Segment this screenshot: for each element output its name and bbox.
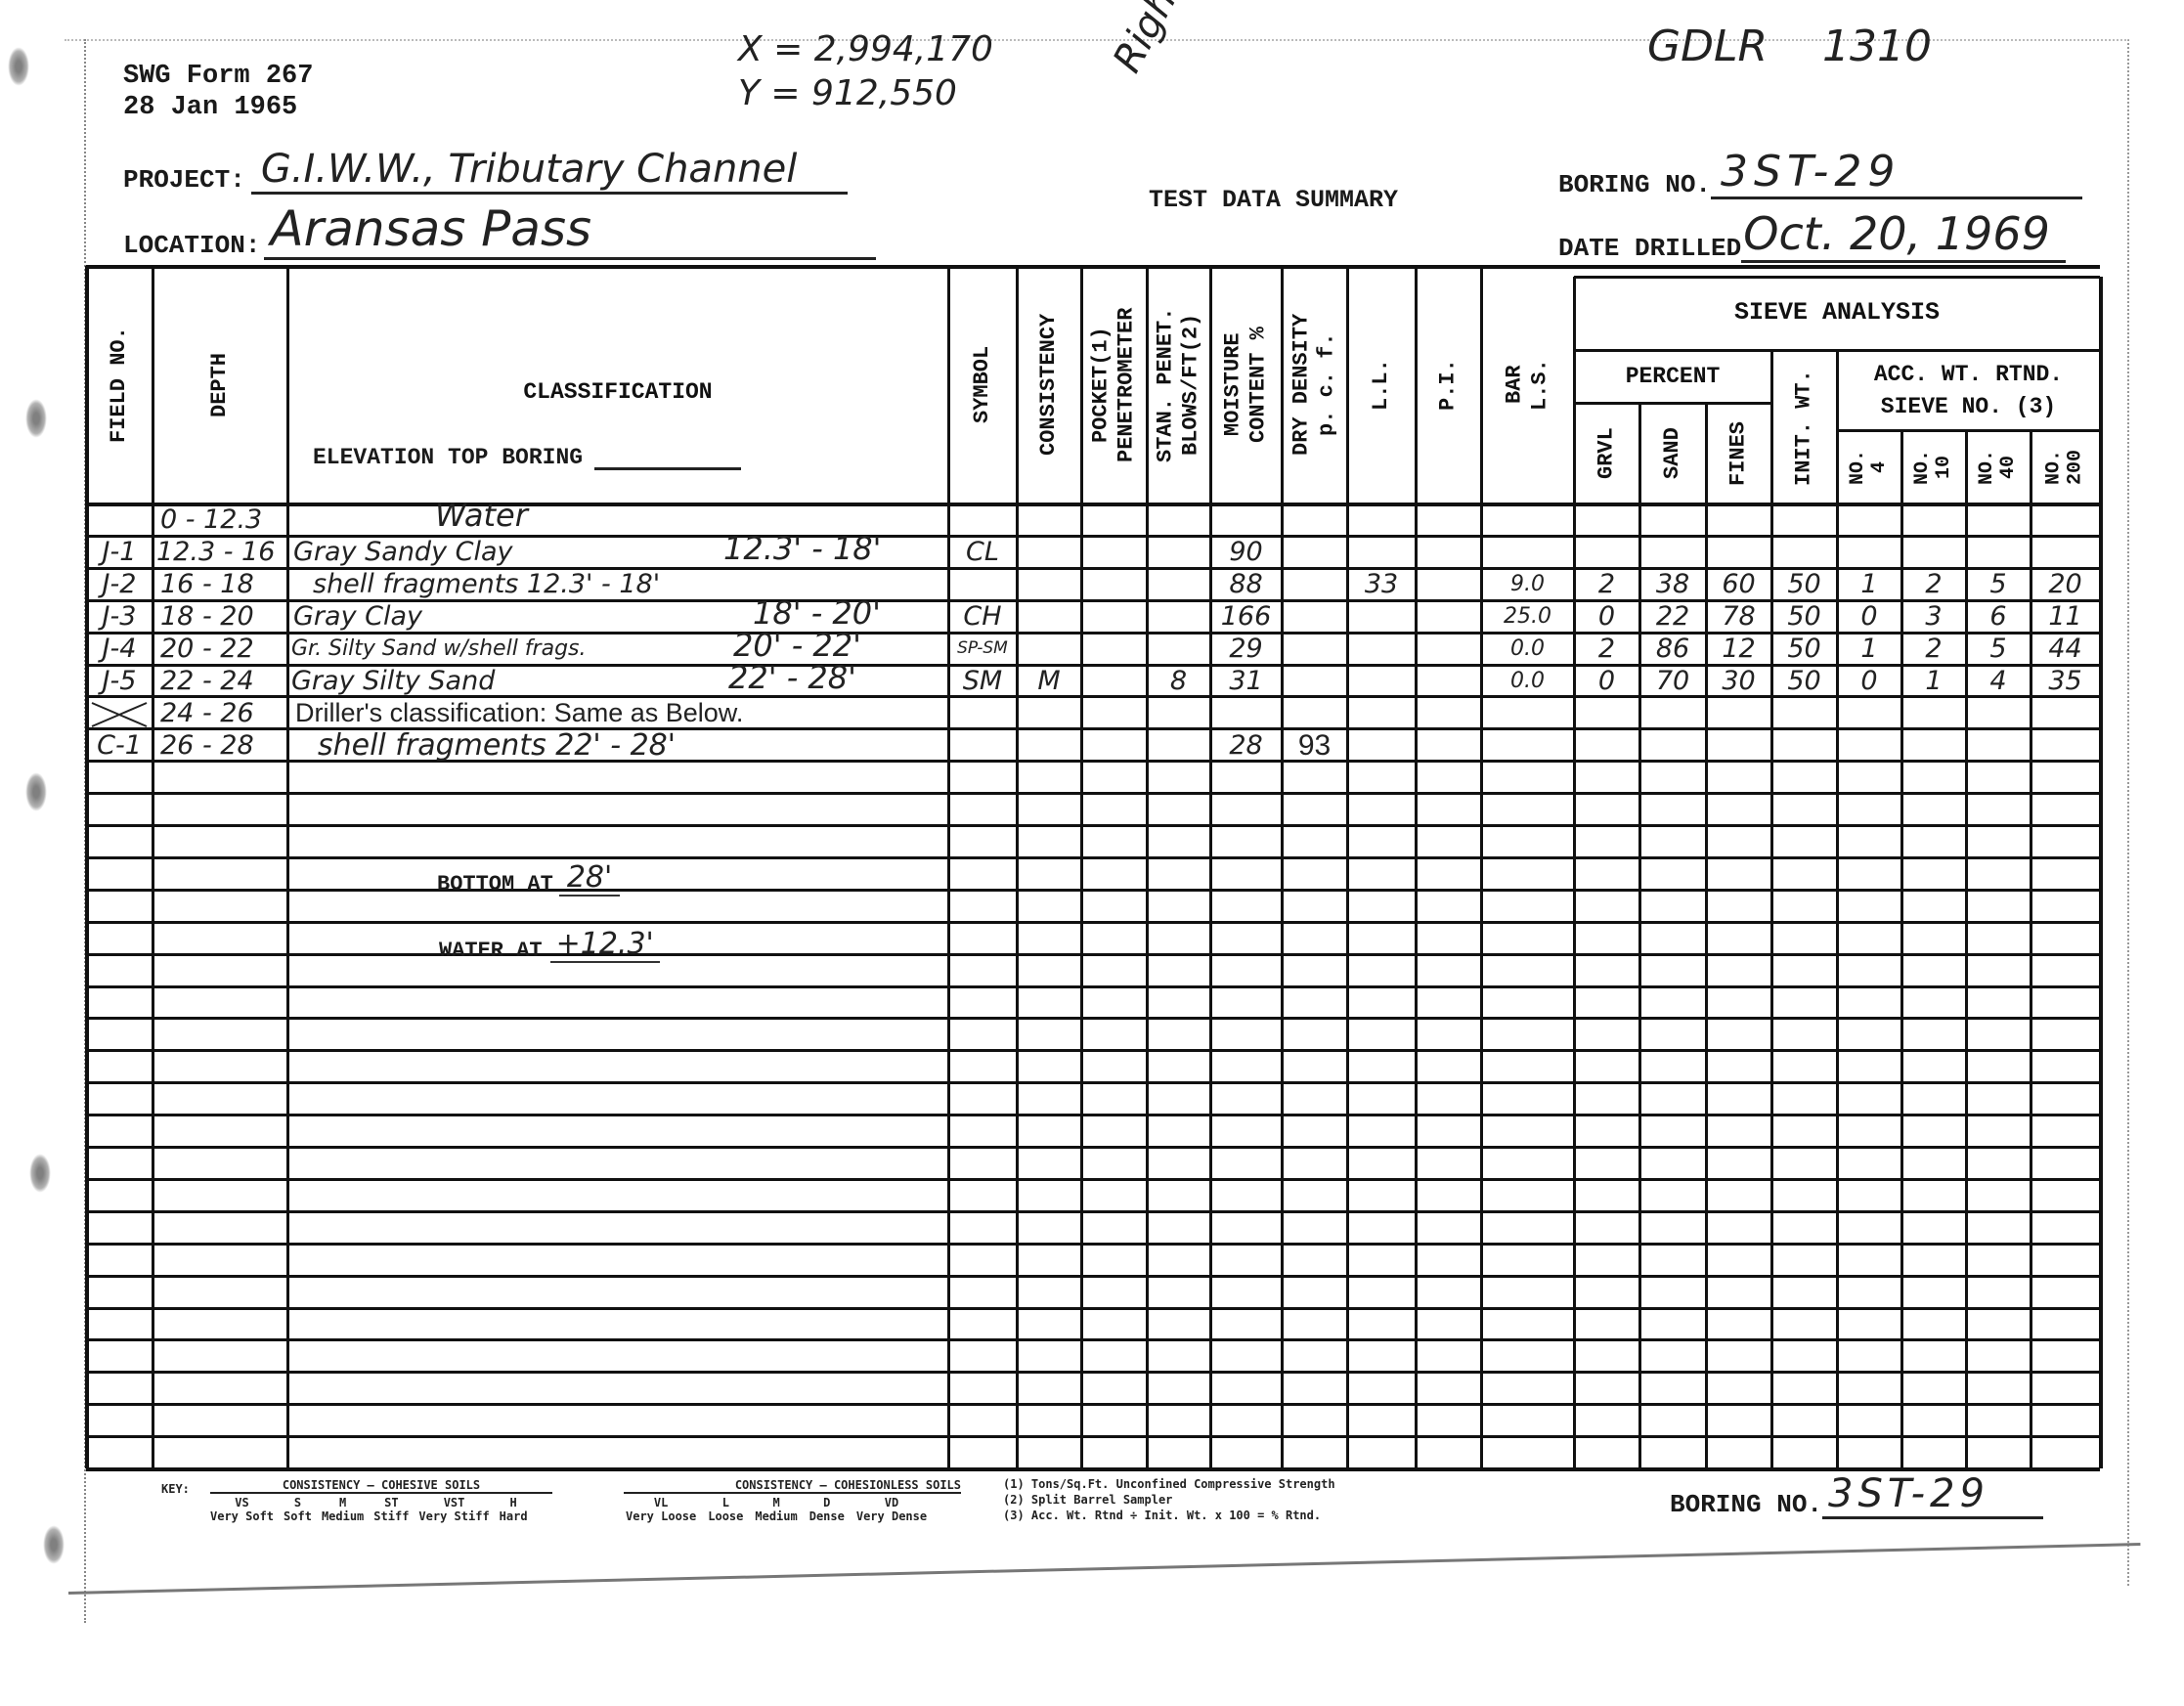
cell-stan-penet: 8 [1147, 665, 1210, 697]
cell-sand: 38 [1639, 568, 1706, 600]
cell-no-200: 44 [2031, 633, 2100, 665]
header-gravel: GRVL [1574, 403, 1639, 503]
cell-moisture: 28 [1210, 729, 1282, 762]
cell-field-no: J-2 [86, 568, 153, 600]
cell-field-no: J-1 [86, 536, 153, 568]
key-item: VLVery Loose [626, 1496, 696, 1523]
date-drilled-value: Oct. 20, 1969 [1741, 207, 2066, 263]
footer-boring-number: BORING NO. 3ST-29 [1670, 1471, 2043, 1519]
key-item: MMedium [322, 1496, 364, 1523]
key-item: VSTVery Stiff [418, 1496, 489, 1523]
cell-classification: Driller's classification: Same as Below. [295, 697, 743, 729]
cell-initial-weight: 50 [1771, 633, 1837, 665]
document-title: TEST DATA SUMMARY [1149, 186, 1398, 214]
key-cohesionless-title: CONSISTENCY — COHESIONLESS SOILS [624, 1478, 961, 1494]
grid-line [86, 824, 2100, 827]
grid-line [86, 856, 2100, 859]
header-pocket-penetrometer: POCKET(1) PENETROMETER [1081, 266, 1147, 503]
header-sand: SAND [1639, 403, 1706, 503]
key-note-1: (1) Tons/Sq.Ft. Unconfined Compressive S… [1003, 1476, 1335, 1492]
grid-line [86, 1307, 2100, 1310]
cell-moisture: 31 [1210, 665, 1282, 697]
cell-moisture: 166 [1210, 600, 1282, 633]
cell-no-10: 1 [1901, 665, 1966, 697]
key-cohesionless-list: VLVery Loose LLoose MMedium DDense VDVer… [626, 1496, 927, 1523]
cell-field-no: C-1 [86, 729, 153, 762]
water-at-line: WATER AT +12.3' [439, 927, 660, 963]
cell-initial-weight: 50 [1771, 600, 1837, 633]
binding-hole-mark [43, 1525, 65, 1564]
key-item: VDVery Dense [856, 1496, 927, 1523]
location-line: LOCATION: Aransas Pass [123, 200, 876, 260]
cell-no-4: 1 [1837, 633, 1901, 665]
water-at-value: +12.3' [550, 927, 660, 963]
boring-value: 3ST-29 [1711, 147, 2082, 199]
cell-no-40: 4 [1966, 665, 2031, 697]
cell-no-40: 5 [1966, 633, 2031, 665]
cell-depth-range: 12.3' - 18' [723, 533, 881, 565]
cell-no-40: 5 [1966, 568, 2031, 600]
cell-bar-ls: 0.0 [1481, 633, 1574, 665]
key-item: LLoose [708, 1496, 743, 1523]
cell-no-4: 0 [1837, 600, 1901, 633]
coordinate-x: X = 2,994,170 [738, 29, 993, 69]
header-plasticity-index: P.I. [1416, 266, 1481, 503]
cell-consistency: M [1017, 665, 1081, 697]
elevation-blank [594, 467, 741, 470]
header-percent: PERCENT [1574, 364, 1771, 389]
grid-line [86, 985, 2100, 988]
cell-depth: 12.3 - 16 [156, 536, 287, 568]
cell-moisture: 90 [1210, 536, 1282, 568]
header-consistency: CONSISTENCY [1017, 266, 1081, 503]
header-symbol: SYMBOL [948, 266, 1017, 503]
cell-field-no [86, 503, 153, 536]
header-moisture-content: MOISTURE CONTENT % [1210, 266, 1282, 503]
key-item: STStiff [373, 1496, 409, 1523]
cell-symbol: CH [948, 600, 1017, 633]
location-label: LOCATION: [123, 231, 260, 260]
cell-no-200: 11 [2031, 600, 2100, 633]
grid-line [86, 1435, 2100, 1438]
cell-depth: 24 - 26 [160, 697, 287, 729]
cell-fines: 30 [1706, 665, 1771, 697]
cell-depth: 22 - 24 [160, 665, 287, 697]
cell-sand: 70 [1639, 665, 1706, 697]
cell-no-10: 2 [1901, 633, 1966, 665]
grid-line [86, 1338, 2100, 1341]
grid-line [86, 1081, 2100, 1084]
header-no-4: NO. 4 [1837, 430, 1901, 503]
project-value: G.I.W.W., Tributary Channel [251, 147, 848, 195]
grid-line [86, 1275, 2100, 1278]
header-no-40: NO. 40 [1966, 430, 2031, 503]
cell-initial-weight: 50 [1771, 568, 1837, 600]
boring-label: BORING NO. [1558, 170, 1711, 199]
cell-classification: shell fragments 12.3' - 18' [313, 568, 660, 600]
form-date: 28 Jan 1965 [123, 92, 297, 123]
water-at-label: WATER AT [439, 939, 543, 963]
cell-gravel: 0 [1574, 665, 1639, 697]
header-no-10: NO. 10 [1901, 430, 1966, 503]
elevation-label: ELEVATION TOP BORING [313, 445, 583, 470]
cell-depth: 18 - 20 [160, 600, 287, 633]
grid-line [86, 889, 2100, 892]
grid-line [86, 1049, 2100, 1052]
file-reference: GDLR 1310 [1647, 22, 1932, 71]
grid-line [1574, 349, 2100, 352]
grid-line [86, 1146, 2100, 1149]
cell-field-no: J-3 [86, 600, 153, 633]
cell-depth-range: 22' - 28' [728, 662, 856, 694]
cell-gravel: 2 [1574, 633, 1639, 665]
date-drilled-line: DATE DRILLED Oct. 20, 1969 [1558, 207, 2066, 263]
cell-no-10: 2 [1901, 568, 1966, 600]
key-notes: (1) Tons/Sq.Ft. Unconfined Compressive S… [1003, 1476, 1335, 1523]
cell-dry-density: 93 [1282, 729, 1347, 762]
cell-no-40: 6 [1966, 600, 2031, 633]
cell-bar-ls: 9.0 [1481, 568, 1574, 600]
bottom-at-value: 28' [559, 860, 620, 897]
cell-fines: 60 [1706, 568, 1771, 600]
cell-depth: 26 - 28 [160, 729, 287, 762]
binding-hole-mark [8, 47, 29, 86]
cell-no-200: 35 [2031, 665, 2100, 697]
project-label: PROJECT: [123, 165, 245, 195]
key-item: MMedium [755, 1496, 797, 1523]
binding-hole-mark [29, 1154, 51, 1193]
cell-classification: shell fragments 22' - 28' [318, 729, 676, 762]
cell-symbol: CL [948, 536, 1017, 568]
form-id: SWG Form 267 [123, 61, 313, 92]
grid-line [86, 1114, 2100, 1116]
cell-depth-range: 18' - 20' [753, 597, 881, 630]
cell-no-4: 0 [1837, 665, 1901, 697]
cell-depth: 16 - 18 [160, 568, 287, 600]
header-bar-ls: BAR L.S. [1481, 266, 1574, 503]
grid-line [1770, 350, 1773, 1468]
grid-line [86, 1403, 2100, 1406]
cell-classification: Gray Clay [293, 600, 422, 633]
grid-line [86, 921, 2100, 924]
cell-gravel: 2 [1574, 568, 1639, 600]
location-value: Aransas Pass [264, 200, 876, 260]
project-line: PROJECT: G.I.W.W., Tributary Channel [123, 147, 848, 195]
header-liquid-limit: L.L. [1347, 266, 1416, 503]
cell-depth: 20 - 22 [160, 633, 287, 665]
grid-line [86, 953, 2100, 956]
cell-moisture: 29 [1210, 633, 1282, 665]
grid-line [86, 1178, 2100, 1181]
key-cohesive-list: VSVery Soft SSoft MMedium STStiff VSTVer… [210, 1496, 528, 1523]
cell-symbol: SP-SM [948, 633, 1017, 665]
cell-fines: 78 [1706, 600, 1771, 633]
cell-no-4: 1 [1837, 568, 1901, 600]
cell-initial-weight: 50 [1771, 665, 1837, 697]
grid-line [1836, 350, 1839, 1468]
cell-field-no: J-4 [86, 633, 153, 665]
key-item: HHard [500, 1496, 528, 1523]
grid-line [86, 1017, 2100, 1020]
elevation-top-boring: ELEVATION TOP BORING [313, 445, 741, 470]
coordinate-y: Y = 912,550 [738, 73, 957, 113]
cell-classification: Gr. Silty Sand w/shell frags. [291, 633, 587, 665]
cell-depth: 0 - 12.3 [160, 503, 287, 536]
cell-no-10: 3 [1901, 600, 1966, 633]
key-item: DDense [809, 1496, 845, 1523]
cell-field-no-crossed: X [86, 697, 153, 729]
date-drilled-label: DATE DRILLED [1558, 234, 1741, 263]
cell-bar-ls: 25.0 [1481, 600, 1574, 633]
cell-classification: Water [435, 500, 528, 532]
key-item: VSVery Soft [210, 1496, 274, 1523]
binding-hole-mark [25, 399, 47, 438]
header-classification: CLASSIFICATION [287, 379, 948, 405]
cell-classification: Gray Silty Sand [291, 665, 495, 697]
grid-line [86, 792, 2100, 795]
grid-line [1574, 276, 2100, 279]
binding-hole-mark [25, 772, 47, 811]
key-label: KEY: [161, 1482, 190, 1496]
footer-boring-label: BORING NO. [1670, 1490, 1822, 1519]
header-initial-weight: INIT. WT. [1771, 352, 1837, 503]
cell-gravel: 0 [1574, 600, 1639, 633]
key-note-3: (3) Acc. Wt. Rtnd ÷ Init. Wt. x 100 = % … [1003, 1508, 1335, 1523]
cell-depth-range: 20' - 22' [733, 630, 861, 662]
header-sieve-analysis: SIEVE ANALYSIS [1574, 298, 2100, 327]
header-dry-density: DRY DENSITY p. c. f. [1282, 266, 1347, 503]
boring-number-line: BORING NO. 3ST-29 [1558, 147, 2082, 199]
bottom-at-line: BOTTOM AT 28' [437, 860, 620, 897]
cell-classification: Gray Sandy Clay [293, 536, 513, 568]
key-note-2: (2) Split Barrel Sampler [1003, 1492, 1335, 1508]
cell-symbol: SM [948, 665, 1017, 697]
cell-moisture: 88 [1210, 568, 1282, 600]
header-acc-wt-rtnd: ACC. WT. RTND. [1837, 362, 2100, 387]
cell-no-200: 20 [2031, 568, 2100, 600]
grid-line [86, 1243, 2100, 1246]
grid-line [86, 1371, 2100, 1374]
header-no-200: NO. 200 [2031, 430, 2100, 503]
cell-fines: 12 [1706, 633, 1771, 665]
key-cohesive-title: CONSISTENCY — COHESIVE SOILS [210, 1478, 552, 1494]
header-depth: DEPTH [153, 266, 287, 503]
header-stan-penet: STAN. PENET. BLOWS/FT(2) [1147, 266, 1210, 503]
cell-sand: 22 [1639, 600, 1706, 633]
key-item: SSoft [284, 1496, 312, 1523]
cell-liquid-limit: 33 [1347, 568, 1416, 600]
grid-line [86, 1210, 2100, 1213]
cell-bar-ls: 0.0 [1481, 665, 1574, 697]
footer-boring-value: 3ST-29 [1822, 1471, 2043, 1519]
cell-sand: 86 [1639, 633, 1706, 665]
header-fines: FINES [1706, 403, 1771, 503]
header-sieve-no: SIEVE NO. (3) [1837, 394, 2100, 419]
bottom-at-label: BOTTOM AT [437, 872, 553, 897]
header-field-no: FIELD NO. [86, 266, 153, 503]
